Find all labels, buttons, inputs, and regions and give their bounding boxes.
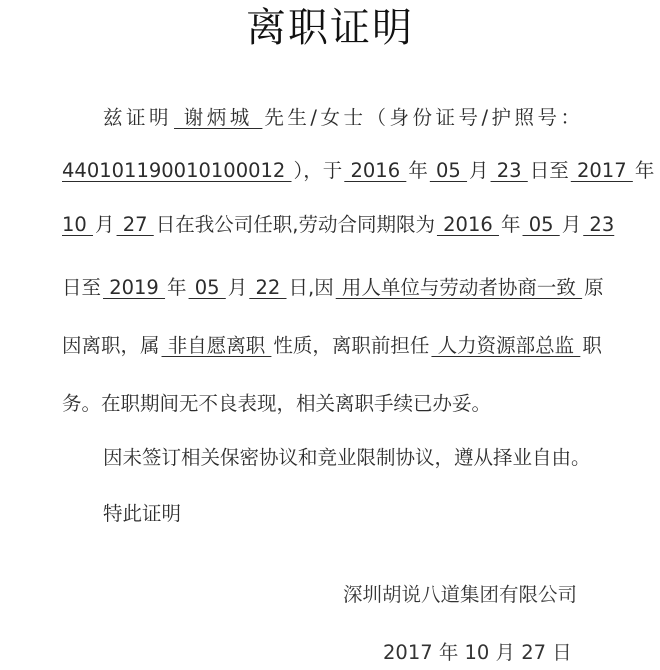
- employment-end-day: 27: [115, 213, 156, 236]
- closing-statement: 特此证明: [103, 501, 181, 527]
- company-name: 深圳胡说八道集团有限公司: [343, 582, 577, 608]
- departure-nature: 非自愿离职: [160, 334, 274, 357]
- text: 日至: [62, 276, 101, 299]
- employment-end-month: 10: [62, 213, 95, 236]
- document-title: 离职证明: [0, 4, 660, 52]
- certificate-line-1: 兹证明 谢炳城 先生/女士（身份证号/护照号：: [103, 105, 584, 131]
- contract-end-year: 2019: [101, 276, 167, 299]
- contract-start-year: 2016: [435, 213, 501, 236]
- departure-reason: 用人单位与劳动者协商一致: [334, 276, 584, 299]
- text: 性质，离职前担任: [273, 334, 429, 357]
- contract-start-day: 23: [581, 213, 616, 236]
- text: 日在我公司任职,劳动合同期限为: [156, 213, 435, 236]
- employment-start-month: 05: [428, 159, 469, 182]
- text: 月: [95, 213, 115, 236]
- certificate-line-5: 因离职，属 非自愿离职 性质，离职前担任 人力资源部总监 职: [62, 333, 602, 359]
- text: ），于: [294, 159, 343, 182]
- certificate-line-3: 10 月 27 日在我公司任职,劳动合同期限为 2016 年 05 月 23: [62, 212, 616, 238]
- employee-name: 谢炳城: [172, 106, 264, 129]
- contract-end-month: 05: [187, 276, 228, 299]
- id-number: 440101190010100012: [62, 159, 294, 182]
- certificate-line-4: 日至 2019 年 05 月 22 日,因 用人单位与劳动者协商一致 原: [62, 275, 604, 301]
- previous-position: 人力资源部总监: [429, 334, 582, 357]
- certificate-line-2: 440101190010100012 ），于 2016 年 05 月 23 日至…: [62, 158, 654, 184]
- text: 年: [408, 159, 428, 182]
- text: 年: [635, 159, 655, 182]
- text: 月: [469, 159, 489, 182]
- text: 因离职，属: [62, 334, 160, 357]
- contract-start-month: 05: [521, 213, 562, 236]
- text: 职: [582, 334, 602, 357]
- text: 月: [562, 213, 582, 236]
- text: 月: [228, 276, 248, 299]
- confidentiality-statement: 因未签订相关保密协议和竞业限制协议，遵从择业自由。: [103, 445, 591, 471]
- text: 年: [501, 213, 521, 236]
- certificate-line-6: 务。在职期间无不良表现，相关离职手续已办妥。: [62, 391, 491, 417]
- title-id-label: 先生/女士（身份证号/护照号：: [264, 106, 583, 129]
- contract-end-day: 22: [247, 276, 288, 299]
- text: 原: [584, 276, 604, 299]
- employment-start-year: 2016: [342, 159, 408, 182]
- text: 日至: [530, 159, 569, 182]
- intro-text: 兹证明: [103, 106, 172, 129]
- employment-end-year: 2017: [569, 159, 635, 182]
- text: 年: [167, 276, 187, 299]
- issue-date: 2017 年 10 月 27 日: [383, 640, 572, 666]
- text: 日,因: [289, 276, 334, 299]
- employment-start-day: 23: [489, 159, 530, 182]
